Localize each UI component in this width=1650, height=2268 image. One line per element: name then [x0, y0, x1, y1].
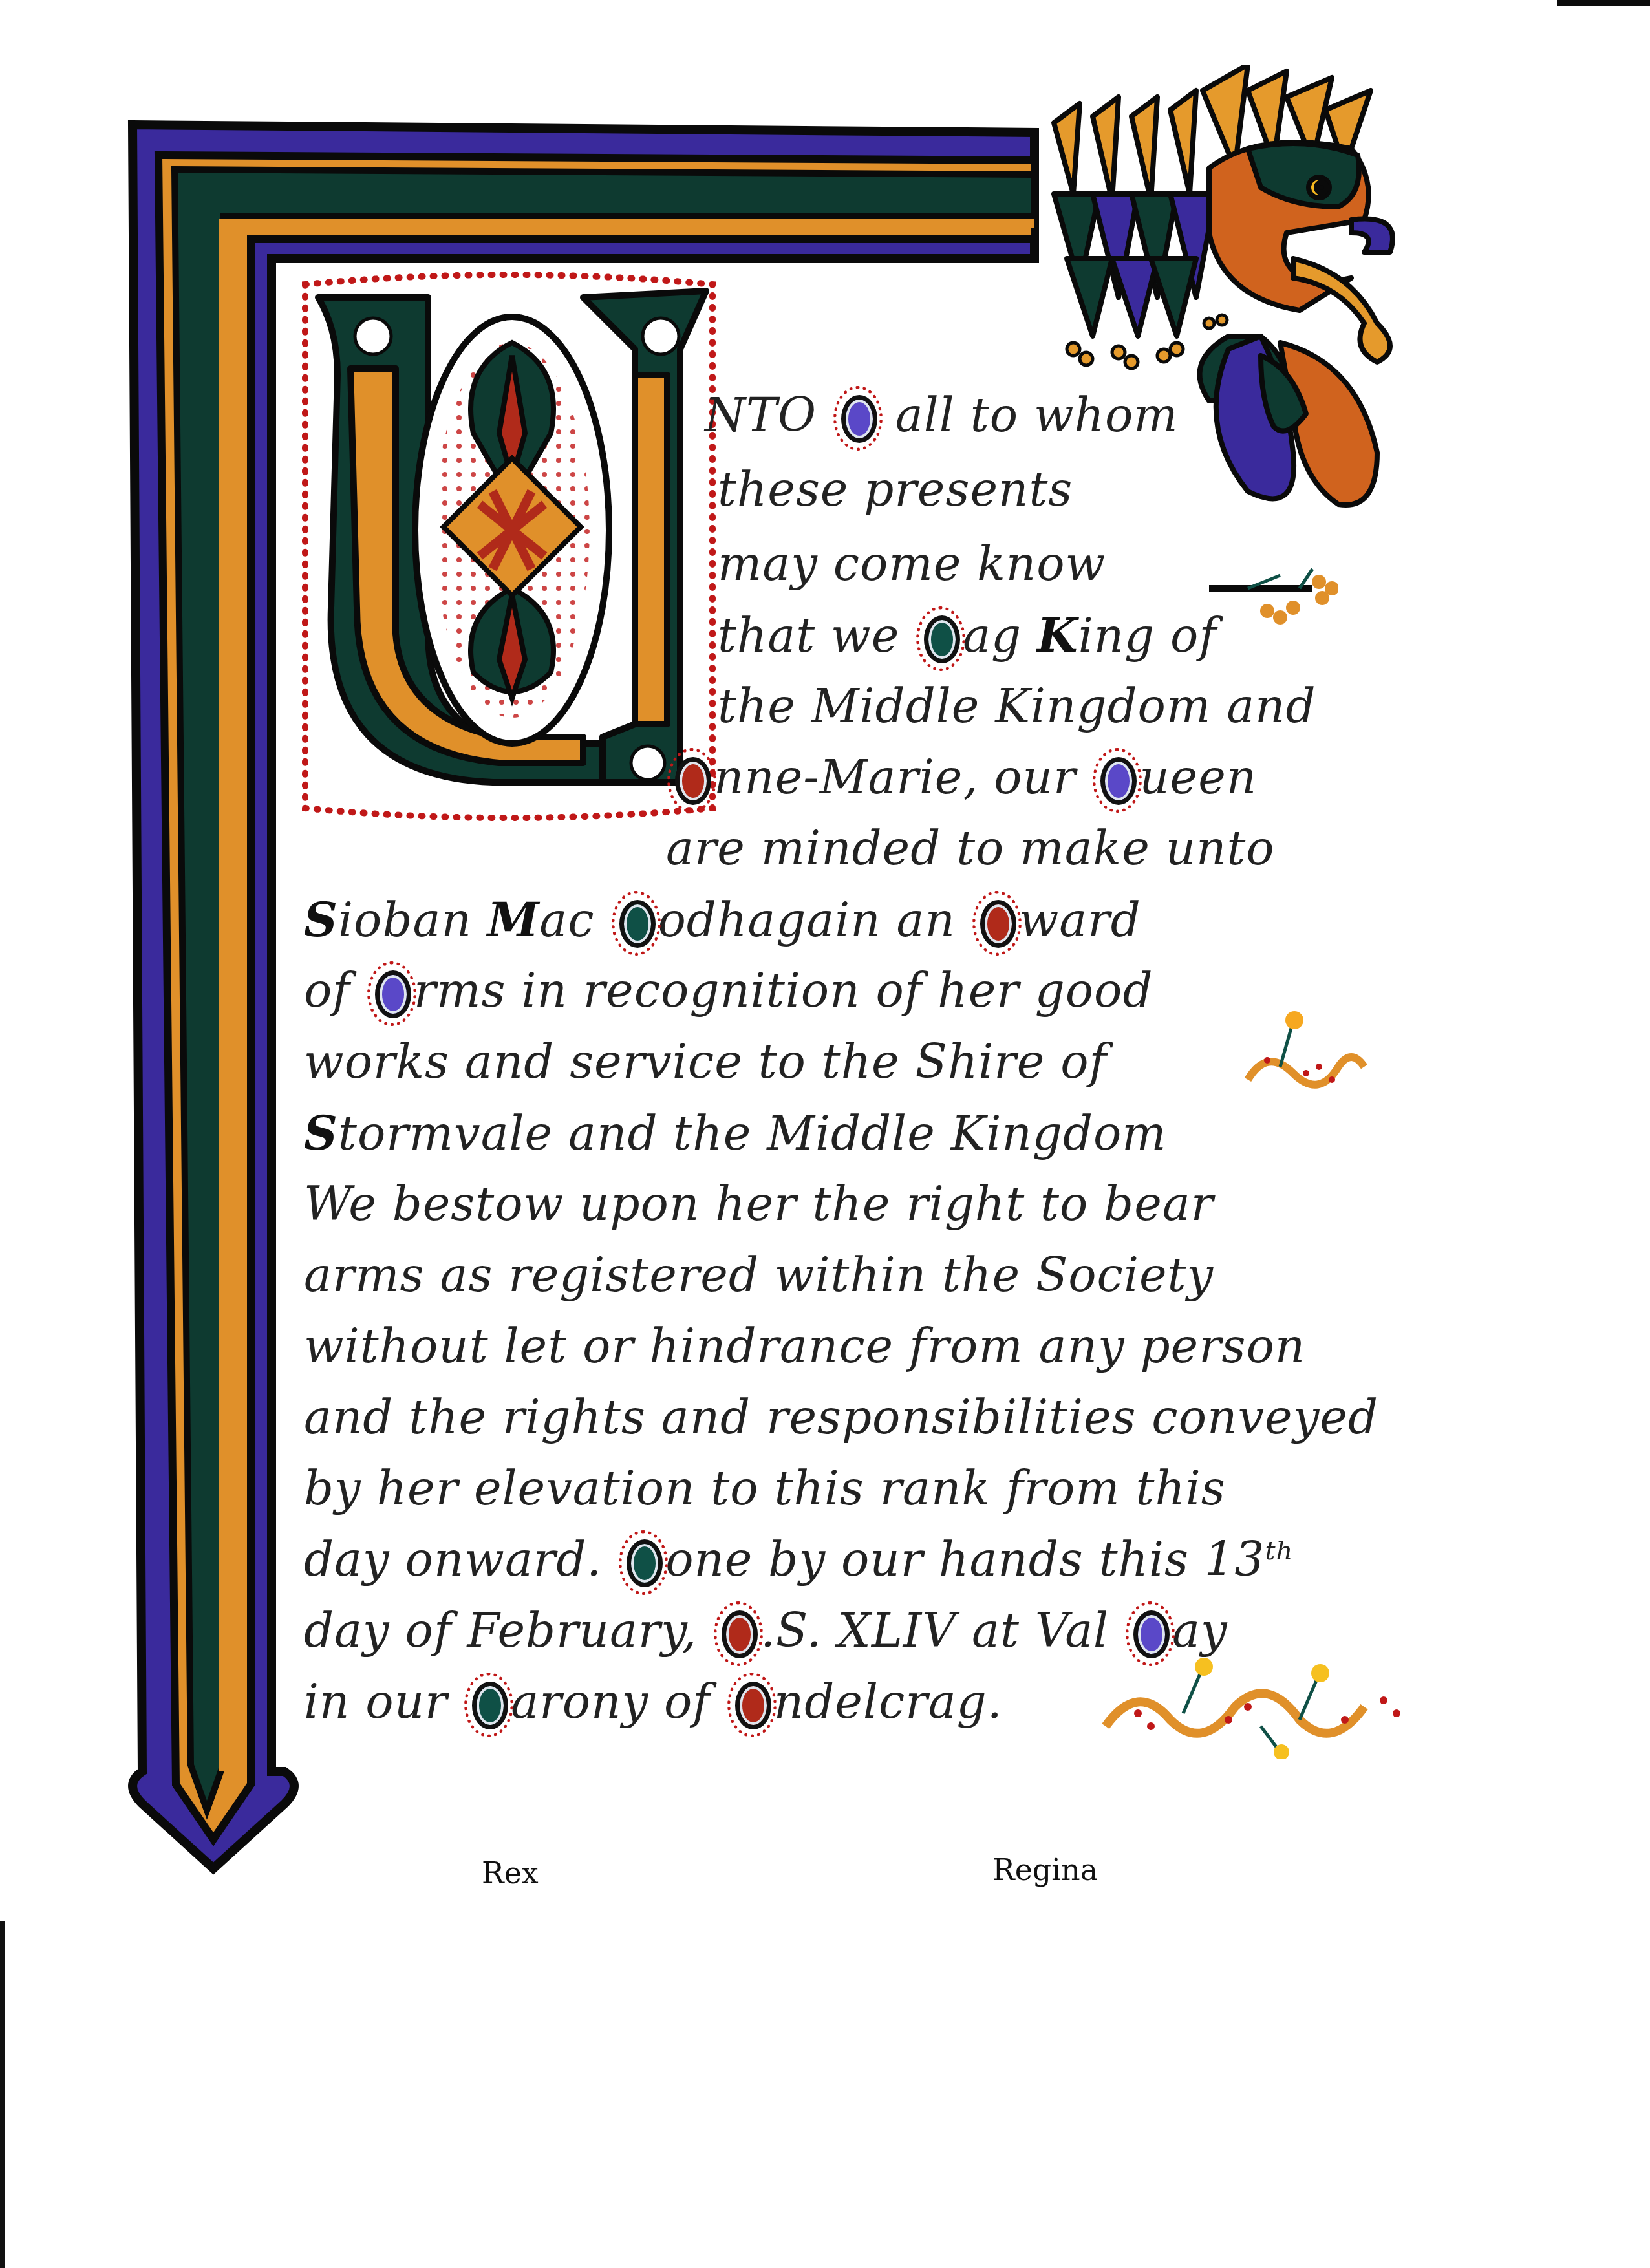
- text-line-3: may come know: [718, 537, 1106, 591]
- decorated-capital-a: [369, 964, 410, 1017]
- beast-head-illumination: [1015, 65, 1481, 530]
- illuminated-initial-u: [299, 272, 719, 821]
- decorated-capital-a: [974, 893, 1015, 947]
- decorated-capital-a: [715, 1604, 756, 1657]
- text-line-5: the Middle Kingdom and: [718, 679, 1316, 733]
- text-line-10: works and service to the Shire of: [304, 1034, 1107, 1089]
- decorated-capital-o: [835, 389, 876, 442]
- decorated-capital-q: [1094, 751, 1135, 804]
- decorated-capital-a: [669, 751, 710, 804]
- vine-flourish-icon: [1099, 1655, 1409, 1759]
- text-line-13: arms as registered within the Society: [304, 1248, 1214, 1302]
- vine-flourish-icon: [1241, 1009, 1371, 1112]
- text-line-19: in our arony of ndelcrag.: [304, 1674, 1003, 1729]
- decorated-capital-b: [466, 1675, 507, 1728]
- decorated-capital-d: [620, 1533, 661, 1586]
- text-line-14: without let or hindrance from any person: [304, 1319, 1305, 1373]
- text-line-4: that we ag King of: [718, 608, 1217, 663]
- text-line-17: day onward. one by our hands this 13th: [304, 1532, 1293, 1587]
- text-line-11: Stormvale and the Middle Kingdom: [304, 1106, 1167, 1161]
- decorated-capital-a: [729, 1675, 770, 1728]
- text-line-9: of rms in recognition of her good: [304, 963, 1153, 1018]
- text-line-1: NTO all to whom: [705, 388, 1179, 442]
- signature-label-rex: Rex: [482, 1856, 539, 1890]
- text-line-2: these presents: [718, 462, 1073, 517]
- signature-label-regina: Regina: [992, 1852, 1098, 1887]
- text-line-8: Sioban Mac odhagain an ward: [304, 892, 1141, 947]
- decorated-capital-a: [613, 893, 654, 947]
- text-line-7: are minded to make unto: [666, 821, 1275, 875]
- scan-edge: [1557, 0, 1650, 6]
- text-line-15: and the rights and responsibilities conv…: [304, 1390, 1378, 1444]
- scan-edge: [0, 1921, 5, 2268]
- text-line-6: nne-Marie, our ueen: [666, 750, 1257, 804]
- decorated-capital-d: [917, 609, 959, 662]
- text-line-18: day of February, .S. XLIV at Val ay: [304, 1603, 1228, 1658]
- decorated-capital-d: [1127, 1604, 1168, 1657]
- text-line-12: We bestow upon her the right to bear: [304, 1177, 1214, 1231]
- text-line-16: by her elevation to this rank from this: [304, 1461, 1226, 1515]
- berry-sprig-icon: [1209, 562, 1338, 634]
